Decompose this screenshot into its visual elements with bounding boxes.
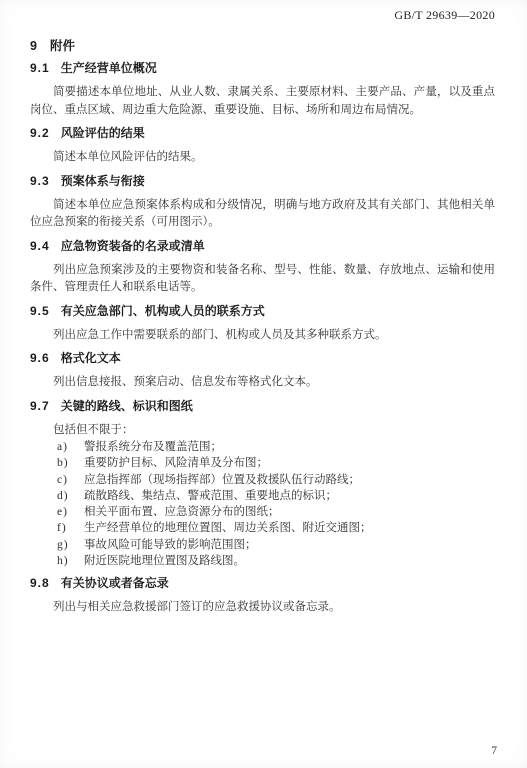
section-heading: 9.5有关应急部门、机构或人员的联系方式	[30, 304, 495, 319]
section-title: 格式化文本	[61, 351, 121, 365]
section-heading: 9.7关键的路线、标识和图纸	[30, 399, 495, 414]
section-9-2: 9.2风险评估的结果 简述本单位风险评估的结果。	[30, 126, 495, 167]
section-number: 9.8	[30, 576, 50, 590]
document-page: GB/T 29639—2020 9附件 9.1生产经营单位概况 简要描述本单位地…	[0, 0, 527, 768]
list-text: 相关平面布置、应急资源分布的图纸；	[84, 506, 280, 518]
section-9-6: 9.6格式化文本 列出信息接报、预案启动、信息发布等格式化文本。	[30, 351, 495, 392]
list-item: b)重要防护目标、风险清单及分布图；	[30, 455, 495, 471]
section-number: 9.7	[30, 399, 50, 413]
section-paragraph: 列出应急预案涉及的主要物资和装备名称、型号、性能、数量、存放地点、运输和使用条件…	[30, 262, 495, 297]
section-title: 有关协议或者备忘录	[61, 576, 169, 590]
list-marker: d)	[57, 488, 84, 504]
section-heading: 9.4应急物资装备的名录或清单	[30, 239, 495, 254]
section-paragraph: 列出信息接报、预案启动、信息发布等格式化文本。	[30, 374, 495, 392]
chapter-number: 9	[30, 39, 37, 53]
section-heading: 9.1生产经营单位概况	[30, 61, 495, 76]
section-number: 9.3	[30, 174, 50, 188]
chapter-heading: 9附件	[30, 39, 495, 54]
section-paragraph: 简要描述本单位地址、从业人数、隶属关系、主要原材料、主要产品、产量，以及重点岗位…	[30, 84, 495, 119]
section-title: 预案体系与衔接	[61, 174, 145, 188]
section-number: 9.4	[30, 239, 50, 253]
list-marker: h)	[57, 553, 84, 569]
section-heading: 9.8有关协议或者备忘录	[30, 576, 495, 591]
section-9-1: 9.1生产经营单位概况 简要描述本单位地址、从业人数、隶属关系、主要原材料、主要…	[30, 61, 495, 119]
standard-number-header: GB/T 29639—2020	[30, 8, 495, 22]
list-item: a)警报系统分布及覆盖范围；	[30, 439, 495, 455]
list-marker: g)	[57, 537, 84, 553]
section-9-5: 9.5有关应急部门、机构或人员的联系方式 列出应急工作中需要联系的部门、机构或人…	[30, 304, 495, 345]
list-marker: a)	[57, 439, 84, 455]
section-title: 应急物资装备的名录或清单	[61, 239, 205, 253]
section-9-4: 9.4应急物资装备的名录或清单 列出应急预案涉及的主要物资和装备名称、型号、性能…	[30, 239, 495, 297]
section-number: 9.5	[30, 304, 50, 318]
section-title: 风险评估的结果	[61, 126, 145, 140]
list-item: f)生产经营单位的地理位置图、周边关系图、附近交通图；	[30, 520, 495, 536]
list-text: 附近医院地理位置图及路线图。	[84, 555, 245, 567]
list-item: h)附近医院地理位置图及路线图。	[30, 553, 495, 569]
section-title: 生产经营单位概况	[61, 61, 157, 75]
list-marker: c)	[57, 472, 84, 488]
list-text: 警报系统分布及覆盖范围；	[84, 441, 222, 453]
list-item: g)事故风险可能导致的影响范围图；	[30, 537, 495, 553]
section-paragraph: 列出与相关应急救援部门签订的应急救援协议或备忘录。	[30, 599, 495, 617]
section-heading: 9.3预案体系与衔接	[30, 174, 495, 189]
list-text: 疏散路线、集结点、警戒范围、重要地点的标识；	[84, 490, 337, 502]
chapter-title: 附件	[50, 39, 75, 53]
section-paragraph: 简述本单位风险评估的结果。	[30, 149, 495, 167]
keyed-list: a)警报系统分布及覆盖范围； b)重要防护目标、风险清单及分布图； c)应急指挥…	[30, 439, 495, 569]
section-heading: 9.2风险评估的结果	[30, 126, 495, 141]
section-number: 9.6	[30, 351, 50, 365]
list-marker: e)	[57, 504, 84, 520]
list-item: d)疏散路线、集结点、警戒范围、重要地点的标识；	[30, 488, 495, 504]
section-paragraph: 列出应急工作中需要联系的部门、机构或人员及其多种联系方式。	[30, 327, 495, 345]
list-text: 事故风险可能导致的影响范围图；	[84, 539, 257, 551]
section-number: 9.2	[30, 126, 50, 140]
list-text: 应急指挥部（现场指挥部）位置及救援队伍行动路线；	[84, 474, 360, 486]
list-text: 重要防护目标、风险清单及分布图；	[84, 457, 268, 469]
list-item: c)应急指挥部（现场指挥部）位置及救援队伍行动路线；	[30, 472, 495, 488]
section-paragraph: 简述本单位应急预案体系构成和分级情况，明确与地方政府及其有关部门、其他相关单位应…	[30, 197, 495, 232]
section-9-8: 9.8有关协议或者备忘录 列出与相关应急救援部门签订的应急救援协议或备忘录。	[30, 576, 495, 617]
section-title: 有关应急部门、机构或人员的联系方式	[61, 304, 265, 318]
list-item: e)相关平面布置、应急资源分布的图纸；	[30, 504, 495, 520]
page-number: 7	[491, 745, 497, 757]
list-marker: b)	[57, 455, 84, 471]
section-title: 关键的路线、标识和图纸	[61, 399, 193, 413]
list-intro: 包括但不限于：	[30, 422, 495, 440]
list-marker: f)	[57, 520, 84, 536]
list-text: 生产经营单位的地理位置图、周边关系图、附近交通图；	[84, 522, 372, 534]
section-number: 9.1	[30, 61, 50, 75]
section-9-7: 9.7关键的路线、标识和图纸 包括但不限于： a)警报系统分布及覆盖范围； b)…	[30, 399, 495, 570]
section-heading: 9.6格式化文本	[30, 351, 495, 366]
section-9-3: 9.3预案体系与衔接 简述本单位应急预案体系构成和分级情况，明确与地方政府及其有…	[30, 174, 495, 232]
